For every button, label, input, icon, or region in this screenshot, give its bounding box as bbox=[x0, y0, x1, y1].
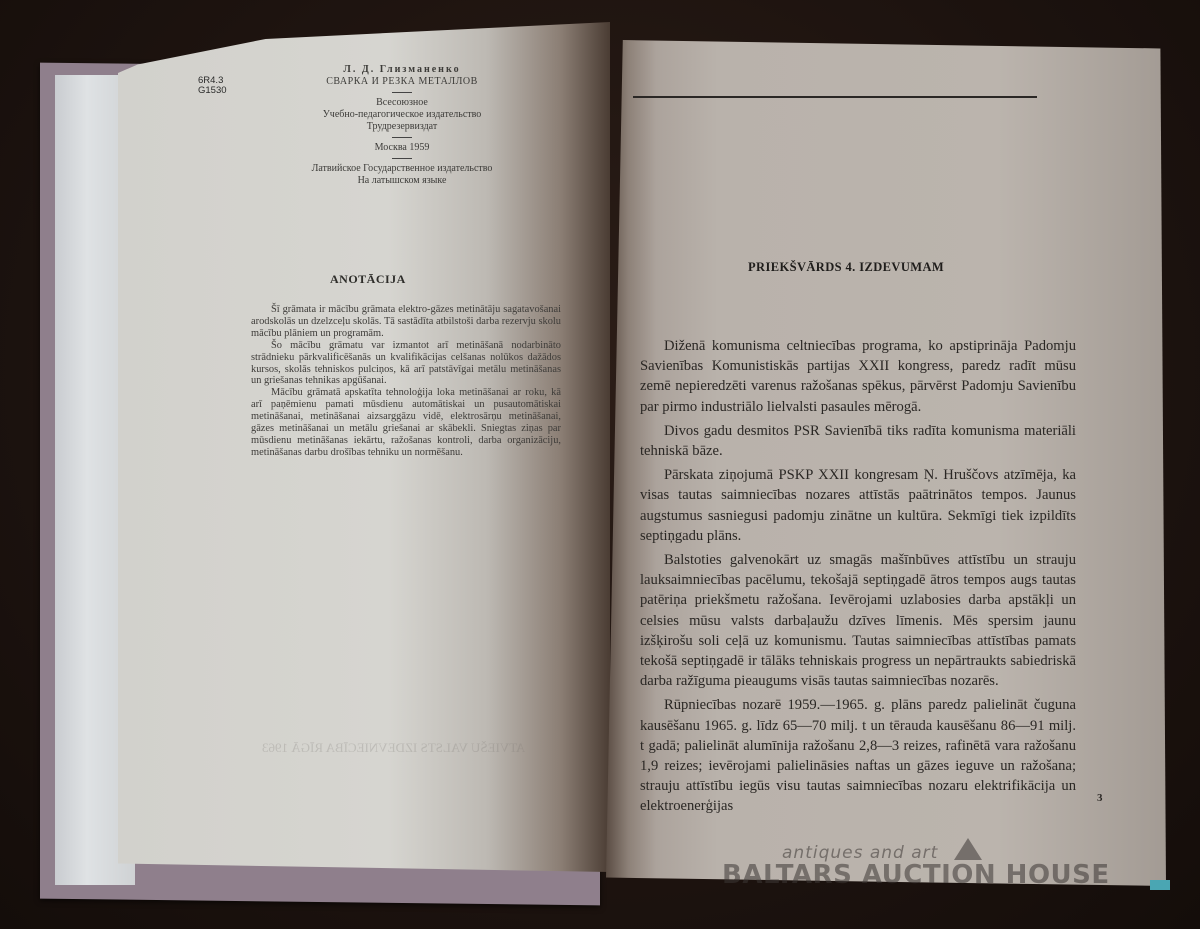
imprint-publisher-line: Учебно-педагогическое издательство bbox=[282, 109, 522, 121]
imprint-translation-line: Латвийское Государственное издательство bbox=[282, 163, 522, 175]
annotation-heading: ANOTĀCIJA bbox=[330, 272, 406, 287]
preface-paragraph: Divos gadu desmitos PSR Savienībā tiks r… bbox=[640, 421, 1076, 461]
annotation-paragraph: Šī grāmata ir mācību grāmata elektro-gāz… bbox=[251, 304, 561, 340]
preface-paragraph: Pārskata ziņojumā PSKP XXII kongresam Ņ.… bbox=[640, 465, 1076, 546]
imprint-publisher-line: Трудрезервиздат bbox=[282, 121, 522, 133]
watermark-brand: BALTARS AUCTION HOUSE bbox=[722, 860, 1110, 890]
preface-paragraph: Diženā komunisma celtniecības programa, … bbox=[640, 336, 1076, 417]
crown-icon bbox=[954, 838, 982, 860]
divider bbox=[392, 158, 412, 159]
annotation-paragraph: Šo mācību grāmatu var izmantot arī metin… bbox=[251, 340, 561, 388]
cover-edge-teal bbox=[1150, 880, 1170, 890]
imprint-author: Л. Д. Глизманенко bbox=[282, 64, 522, 76]
annotation-paragraph: Mācību grāmatā apskatīta tehnoloģija lok… bbox=[251, 387, 561, 458]
bleed-through-text: ATVIEŠU VALSTS IZDEVNIECĪBA RĪGĀ 1963 bbox=[262, 740, 525, 756]
imprint-block: Л. Д. Глизманенко СВАРКА И РЕЗКА МЕТАЛЛО… bbox=[282, 64, 522, 187]
divider bbox=[392, 137, 412, 138]
imprint-publisher-line: Всесоюзное bbox=[282, 97, 522, 109]
imprint-title: СВАРКА И РЕЗКА МЕТАЛЛОВ bbox=[282, 76, 522, 88]
annotation-body: Šī grāmata ir mācību grāmata elektro-gāz… bbox=[251, 304, 561, 459]
call-number: 6R4.3 G1530 bbox=[198, 76, 227, 96]
call-number-line: G1530 bbox=[198, 86, 227, 96]
imprint-city-year: Москва 1959 bbox=[282, 142, 522, 154]
preface-body: Diženā komunisma celtniecības programa, … bbox=[640, 336, 1076, 821]
preface-paragraph: Rūpniecības nozarē 1959.—1965. g. plāns … bbox=[640, 695, 1076, 816]
page-number: 3 bbox=[1097, 792, 1103, 804]
divider bbox=[392, 92, 412, 93]
preface-heading: PRIEKŠVĀRDS 4. IZDEVUMAM bbox=[748, 260, 944, 275]
header-rule bbox=[633, 96, 1037, 98]
imprint-translation-line: На латышском языке bbox=[282, 175, 522, 187]
preface-paragraph: Balstoties galvenokārt uz smagās mašīnbū… bbox=[640, 550, 1076, 691]
